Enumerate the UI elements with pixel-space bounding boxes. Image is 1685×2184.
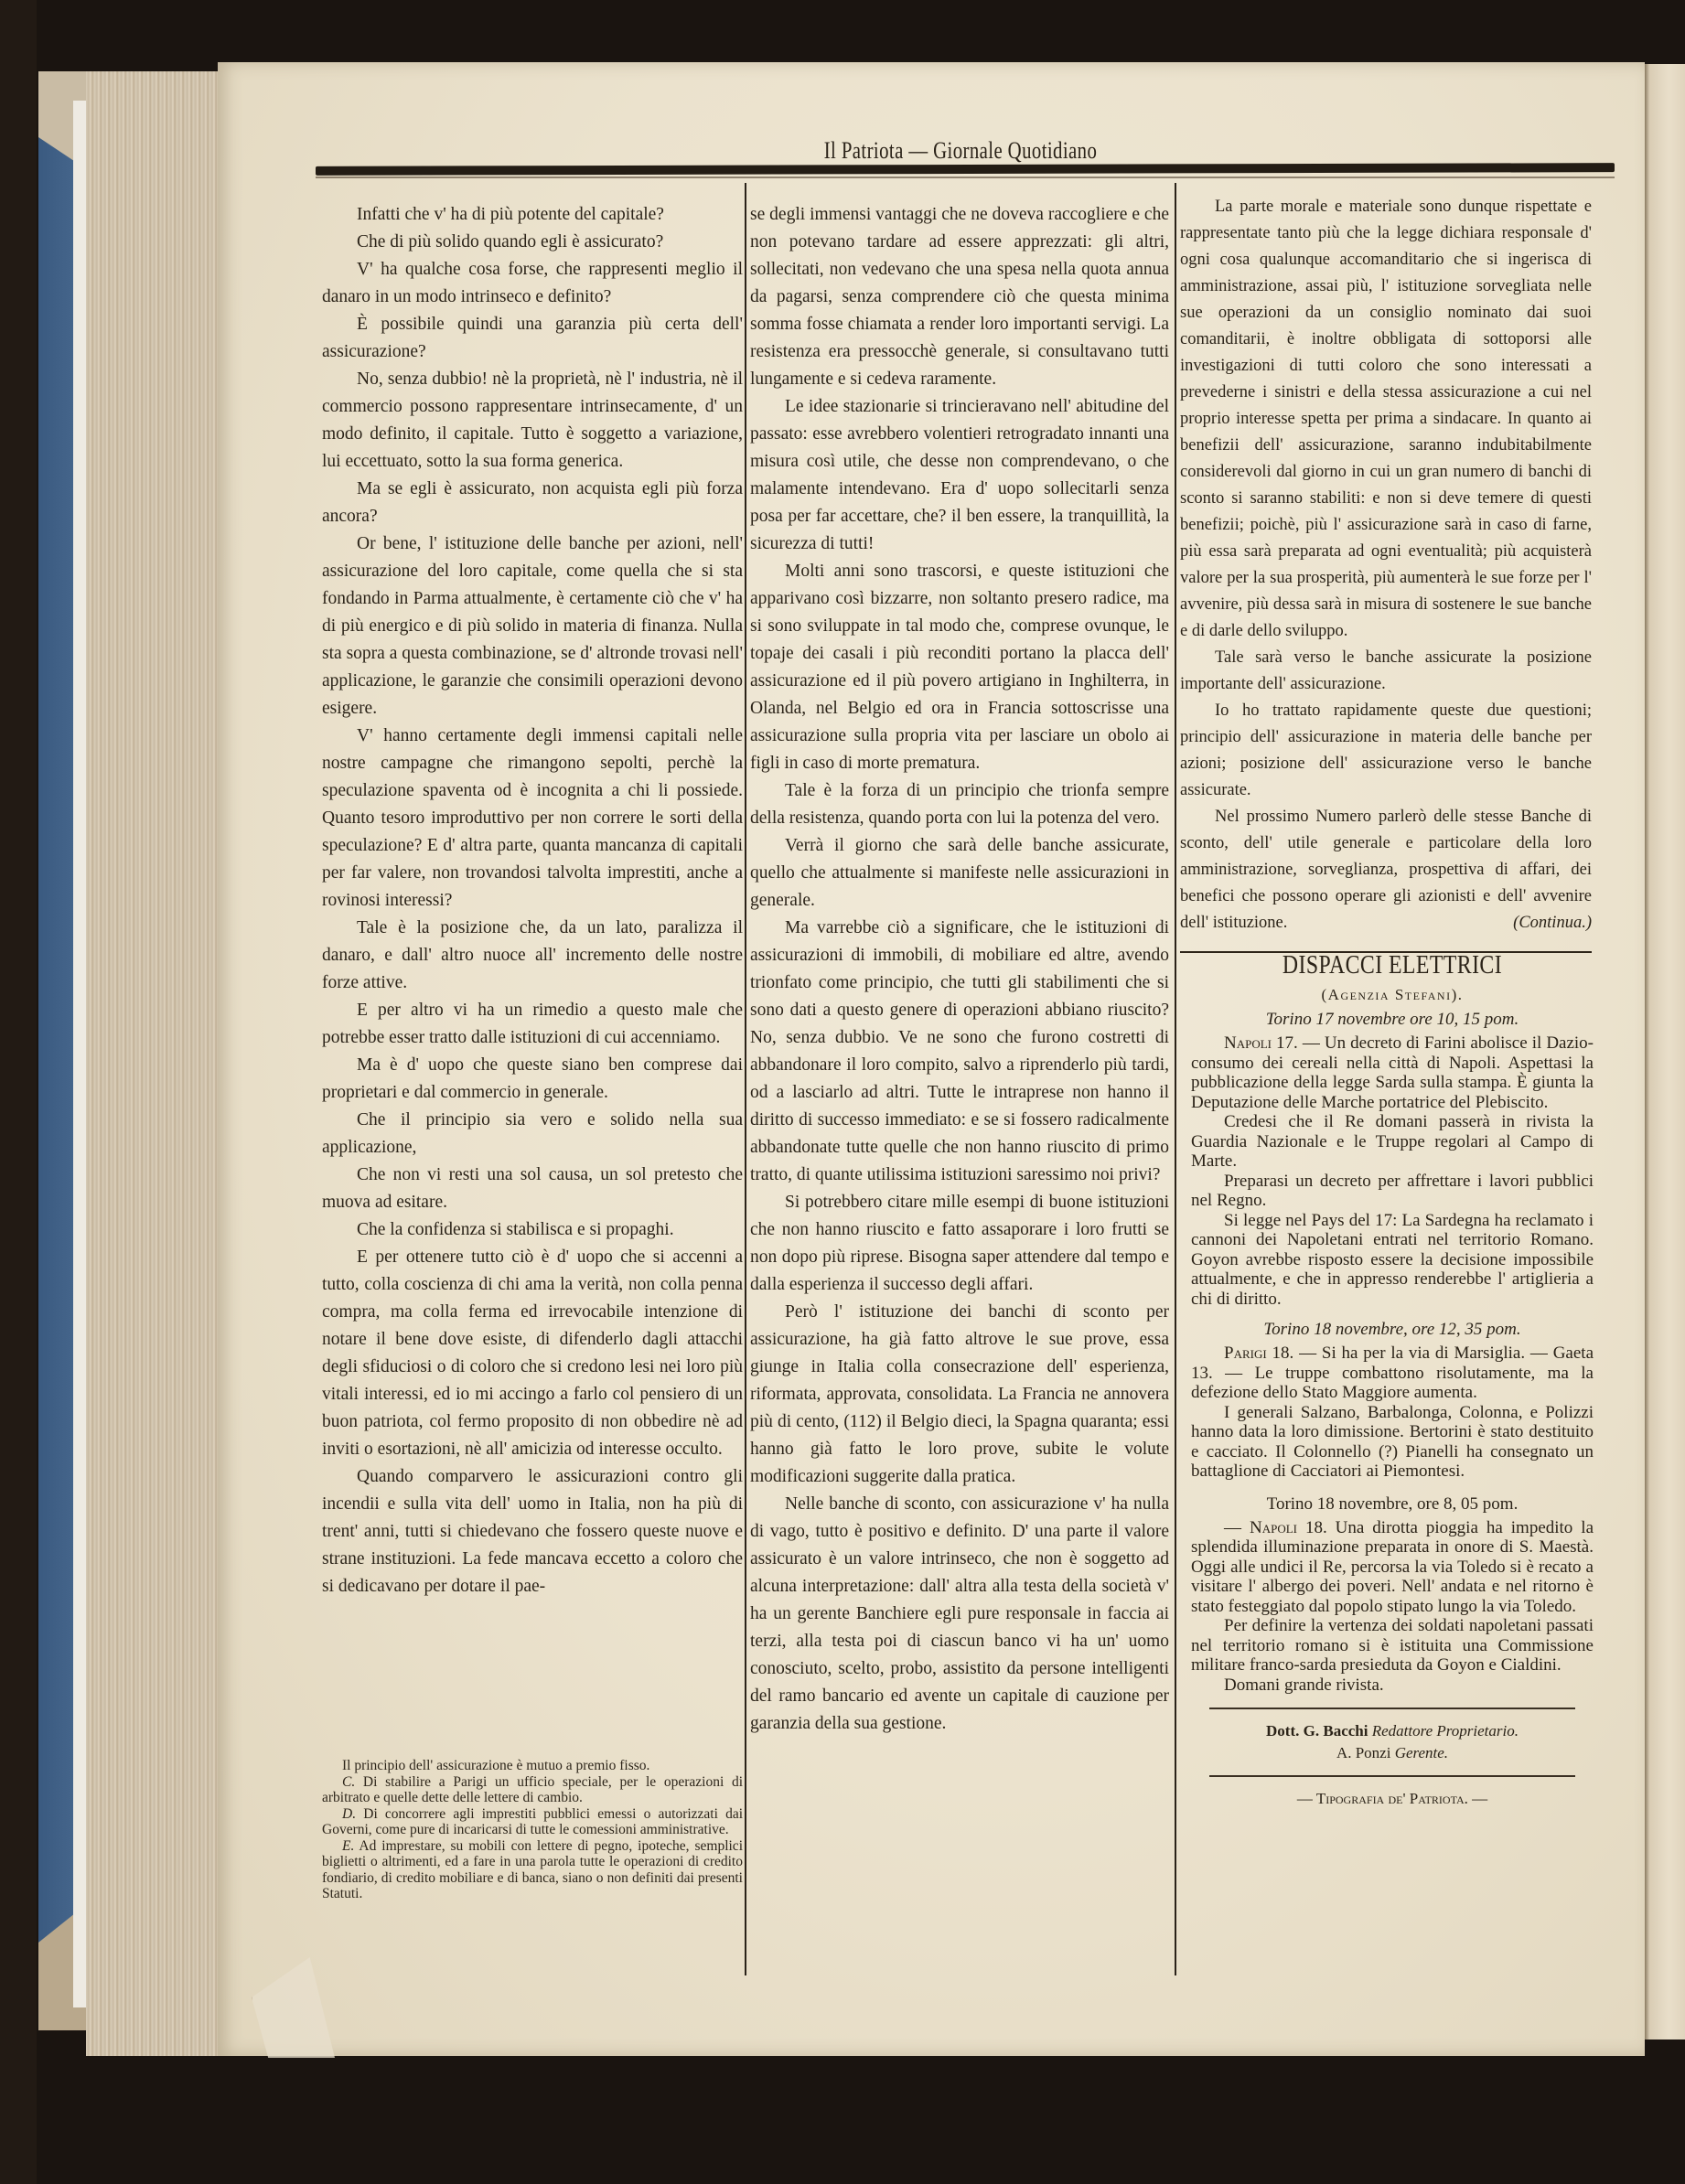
- manager-name: A. Ponzi: [1336, 1744, 1391, 1761]
- manager-role: Gerente.: [1395, 1744, 1448, 1761]
- paragraph: Quando comparvero le assicurazioni contr…: [322, 1463, 743, 1601]
- paragraph: Ma è d' uopo che queste siano ben compre…: [322, 1052, 743, 1107]
- dispatches-section: DISPACCI ELETTRICI (Agenzia Stefani). To…: [1191, 951, 1594, 1812]
- dispatch-block: Parigi 18. — Si ha per la via di Marsigl…: [1191, 1344, 1594, 1482]
- scan-background: [0, 0, 37, 2184]
- paragraph: Che di più solido quando egli è assicura…: [322, 229, 743, 256]
- paragraph: No, senza dubbio! nè la proprietà, nè l'…: [322, 366, 743, 476]
- dispatch-item: — Napoli 18. Una dirotta pioggia ha impe…: [1191, 1518, 1594, 1617]
- editor-line: Dott. G. Bacchi Redattore Proprietario.: [1191, 1722, 1594, 1740]
- paragraph: La parte morale e materiale sono dunque …: [1180, 194, 1592, 645]
- paragraph: Io ho trattato rapidamente queste due qu…: [1180, 698, 1592, 804]
- paragraph: Molti anni sono trascorsi, e queste isti…: [750, 558, 1169, 777]
- paragraph: Ma varrebbe ciò a significare, che le is…: [750, 915, 1169, 1189]
- dispatch-item: Preparasi un decreto per affrettare i la…: [1191, 1172, 1594, 1211]
- imprint-divider-bottom: [1209, 1775, 1575, 1777]
- paragraph: E per ottenere tutto ciò è d' uopo che s…: [322, 1244, 743, 1463]
- dateline: Torino 18 novembre, ore 8, 05 pom.: [1191, 1494, 1594, 1515]
- dispatch-item: I generali Salzano, Barbalonga, Colonna,…: [1191, 1403, 1594, 1482]
- masthead-rule-thin: [316, 177, 1615, 178]
- dispatch-item: Per definire la vertenza dei soldati nap…: [1191, 1616, 1594, 1675]
- dispatch-item: Credesi che il Re domani passerà in rivi…: [1191, 1112, 1594, 1172]
- paragraph: Or bene, l' istituzione delle banche per…: [322, 530, 743, 723]
- paragraph: V' hanno certamente degli immensi capita…: [322, 723, 743, 915]
- page-stack-edge: [86, 71, 220, 2056]
- footnotes: Il principio dell' assicurazione è mutuo…: [322, 1758, 743, 1902]
- dispatches-title: DISPACCI ELETTRICI: [1221, 951, 1563, 980]
- column-1: Infatti che v' ha di più potente del cap…: [322, 201, 743, 1601]
- paragraph: È possibile quindi una garanzia più cert…: [322, 311, 743, 366]
- next-page-edge: [1645, 64, 1685, 2039]
- dispatch-item: Domani grande rivista.: [1191, 1675, 1594, 1696]
- paragraph: Che non vi resti una sol causa, un sol p…: [322, 1162, 743, 1216]
- dispatch-item: Si legge nel Pays del 17: La Sardegna ha…: [1191, 1211, 1594, 1310]
- paragraph: Le idee stazionarie si trincieravano nel…: [750, 393, 1169, 558]
- dispatch-item: Parigi 18. — Si ha per la via di Marsigl…: [1191, 1344, 1594, 1403]
- column-2: se degli immensi vantaggi che ne doveva …: [750, 201, 1169, 1738]
- paragraph: Tale è la posizione che, da un lato, par…: [322, 915, 743, 997]
- dispatch-item: Napoli 17. — Un decreto di Farini abolis…: [1191, 1033, 1594, 1112]
- footnote: D. Di concorrere agli imprestiti pubblic…: [322, 1806, 743, 1838]
- footnote: E. Ad imprestare, su mobili con lettere …: [322, 1838, 743, 1902]
- editor-name: Dott. G. Bacchi: [1266, 1722, 1368, 1740]
- continued-note: (Continua.): [1478, 910, 1592, 937]
- paragraph: E per altro vi ha un rimedio a questo ma…: [322, 997, 743, 1052]
- manager-line: A. Ponzi Gerente.: [1191, 1744, 1594, 1762]
- paragraph: Nelle banche di sconto, con assicurazion…: [750, 1491, 1169, 1738]
- paragraph: Nel prossimo Numero parlerò delle stesse…: [1180, 804, 1592, 937]
- dateline: Torino 18 novembre, ore 12, 35 pom.: [1191, 1320, 1594, 1340]
- dispatch-block: — Napoli 18. Una dirotta pioggia ha impe…: [1191, 1518, 1594, 1696]
- column-divider-2: [1175, 183, 1176, 1975]
- paragraph: V' ha qualche cosa forse, che rappresent…: [322, 256, 743, 311]
- footnote: Il principio dell' assicurazione è mutuo…: [322, 1758, 743, 1774]
- paragraph: Tale sarà verso le banche assicurate la …: [1180, 645, 1592, 698]
- paragraph: Verrà il giorno che sarà delle banche as…: [750, 832, 1169, 915]
- dateline: Torino 17 novembre ore 10, 15 pom.: [1191, 1010, 1594, 1030]
- imprint-divider-top: [1209, 1708, 1575, 1709]
- column-3: La parte morale e materiale sono dunque …: [1180, 194, 1592, 953]
- footnote: C. Di stabilire a Parigi un ufficio spec…: [322, 1774, 743, 1806]
- paragraph: Che la confidenza si stabilisca e si pro…: [322, 1216, 743, 1244]
- paragraph: se degli immensi vantaggi che ne doveva …: [750, 201, 1169, 393]
- masthead-title: Il Patriota — Giornale Quotidiano: [792, 137, 1129, 165]
- paragraph: Tale è la forza di un principio che trio…: [750, 777, 1169, 832]
- dispatch-block: Napoli 17. — Un decreto di Farini abolis…: [1191, 1033, 1594, 1309]
- paragraph: Ma se egli è assicurato, non acquista eg…: [322, 476, 743, 530]
- paragraph: Però l' istituzione dei banchi di sconto…: [750, 1299, 1169, 1491]
- paragraph: Che il principio sia vero e solido nella…: [322, 1107, 743, 1162]
- paragraph: Si potrebbero citare mille esempi di buo…: [750, 1189, 1169, 1299]
- column-divider-1: [745, 183, 746, 1975]
- dispatches-agency: (Agenzia Stefani).: [1191, 986, 1594, 1004]
- paragraph: Infatti che v' ha di più potente del cap…: [322, 201, 743, 229]
- endpaper: [73, 101, 86, 2007]
- editor-role: Redattore Proprietario.: [1372, 1722, 1519, 1740]
- printer-line: — Tipografia de' Patriota. —: [1191, 1790, 1594, 1808]
